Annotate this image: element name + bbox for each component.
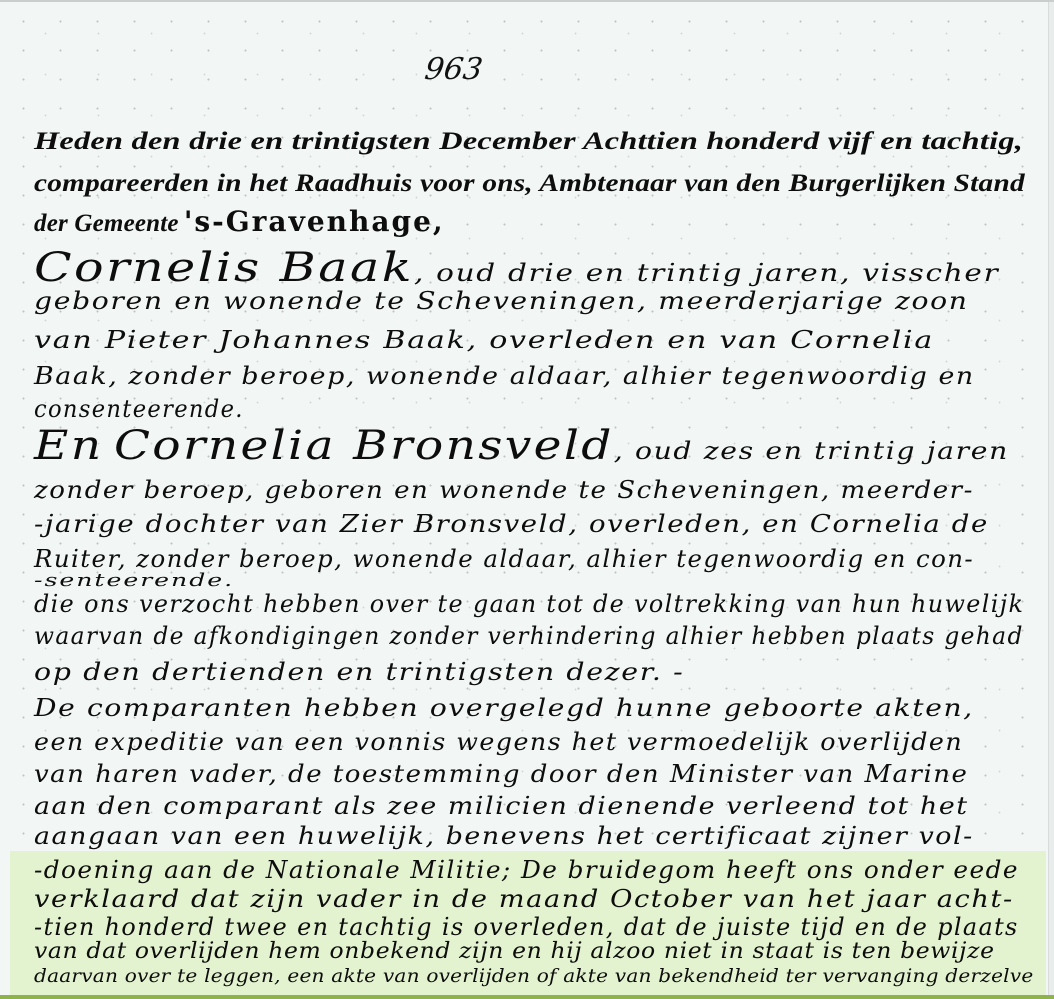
bride-age: , oud zes en trintig jaren xyxy=(614,437,1009,465)
bride-line-1: En Cornelia Bronsveld, oud zes en trinti… xyxy=(34,423,1009,469)
groom-line-3: van Pieter Johannes Baak, overleden en v… xyxy=(34,326,934,354)
page-right-edge xyxy=(1048,0,1054,999)
highlighted-line-4: van dat overlijden hem onbekend zijn en … xyxy=(34,939,995,964)
header-line-1: Heden den drie en trintigsten December A… xyxy=(34,128,1023,156)
highlighted-line-3: -tien honderd twee en tachtig is overled… xyxy=(34,913,1019,941)
bride-line-3: -jarige dochter van Zier Bronsveld, over… xyxy=(34,510,989,538)
body-line-8: aangaan van een huwelijk, benevens het c… xyxy=(34,822,974,850)
header-line-3: der Gemeente 's-Gravenhage, xyxy=(34,205,445,238)
body-line-6: van haren vader, de toestemming door den… xyxy=(34,760,968,788)
body-line-3: op den dertienden en trintigsten dezer. … xyxy=(34,658,684,686)
bride-line-4: Ruiter, zonder beroep, wonende aldaar, a… xyxy=(34,545,974,573)
groom-line-4: Baak, zonder beroep, wonende aldaar, alh… xyxy=(34,362,975,390)
header-line-2: compareerden in het Raadhuis voor ons, A… xyxy=(34,170,1025,198)
bride-prefix: En xyxy=(34,423,103,469)
body-line-5: een expeditie van een vonnis wegens het … xyxy=(34,728,963,756)
groom-name: Cornelis Baak xyxy=(34,245,414,291)
groom-line-5: consenteerende. xyxy=(34,395,244,423)
body-line-4: De comparanten hebben overgelegd hunne g… xyxy=(34,694,974,722)
folio-number: 963 xyxy=(423,52,485,87)
highlight-bottom-border xyxy=(0,995,1054,999)
highlighted-line-1: -doening aan de Nationale Militie; De br… xyxy=(34,856,1019,884)
header-gemeente-label: der Gemeente xyxy=(34,210,179,237)
body-line-1: die ons verzocht hebben over te gaan tot… xyxy=(34,590,1024,618)
groom-line-2: geboren en wonende te Scheveningen, meer… xyxy=(34,287,969,315)
highlighted-line-5: daarvan over te leggen, een akte van ove… xyxy=(34,965,1033,987)
municipality-name: 's-Gravenhage, xyxy=(184,205,445,238)
bride-name: Cornelia Bronsveld xyxy=(114,423,614,469)
document-page: 963 Heden den drie en trintigsten Decemb… xyxy=(0,0,1048,999)
body-line-7: aan den comparant als zee milicien diene… xyxy=(34,792,969,820)
groom-line-1: Cornelis Baak, oud drie en trintig jaren… xyxy=(34,245,999,291)
bride-line-2: zonder beroep, geboren en wonende te Sch… xyxy=(34,476,974,504)
page-top-edge xyxy=(0,0,1054,2)
body-line-2: waarvan de afkondigingen zonder verhinde… xyxy=(34,622,1024,650)
groom-age-occupation: , oud drie en trintig jaren, visscher xyxy=(414,259,999,287)
bride-line-5: -senteerende. xyxy=(34,570,234,591)
highlighted-line-2: verklaard dat zijn vader in de maand Oct… xyxy=(34,885,1014,913)
